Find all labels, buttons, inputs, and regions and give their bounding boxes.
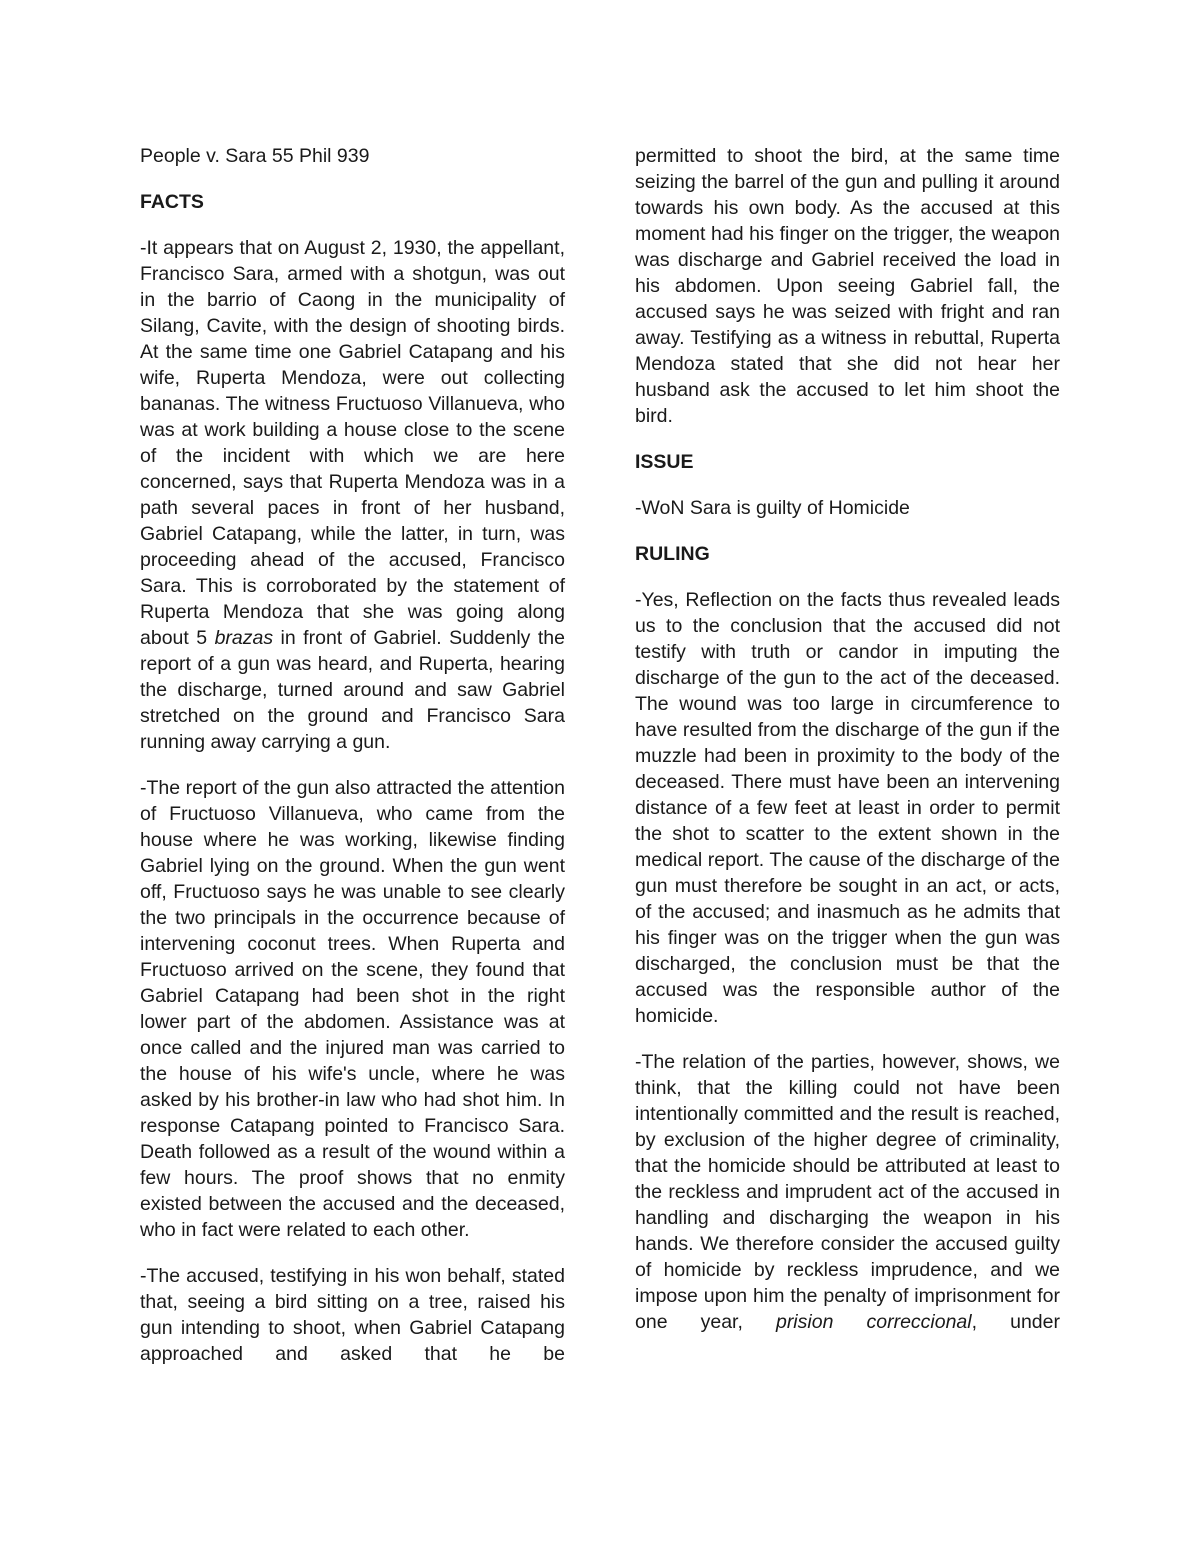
facts-paragraph-3-right-part: permitted to shoot the bird, at the same… <box>635 143 1060 429</box>
document-page: People v. Sara 55 Phil 939 FACTS -It app… <box>0 0 1200 1553</box>
facts-paragraph-1: -It appears that on August 2, 1930, the … <box>140 235 565 755</box>
facts-paragraph-2: -The report of the gun also attracted th… <box>140 775 565 1243</box>
italic-term-prision-correccional: prision correccional <box>776 1311 972 1333</box>
right-column: permitted to shoot the bird, at the same… <box>635 143 1060 1493</box>
issue-heading: ISSUE <box>635 449 1060 475</box>
ruling-paragraph-1: -Yes, Reflection on the facts thus revea… <box>635 587 1060 1029</box>
left-column: People v. Sara 55 Phil 939 FACTS -It app… <box>140 143 565 1493</box>
italic-term-brazas: brazas <box>215 627 274 649</box>
facts-heading: FACTS <box>140 189 565 215</box>
text-run: , under <box>972 1311 1060 1333</box>
issue-statement: -WoN Sara is guilty of Homicide <box>635 495 1060 521</box>
text-run: -The relation of the parties, however, s… <box>635 1051 1060 1333</box>
text-run: -It appears that on August 2, 1930, the … <box>140 237 565 649</box>
case-title: People v. Sara 55 Phil 939 <box>140 143 565 169</box>
ruling-heading: RULING <box>635 541 1060 567</box>
ruling-paragraph-2: -The relation of the parties, however, s… <box>635 1049 1060 1335</box>
facts-paragraph-3-left-part: -The accused, testifying in his won beha… <box>140 1263 565 1367</box>
